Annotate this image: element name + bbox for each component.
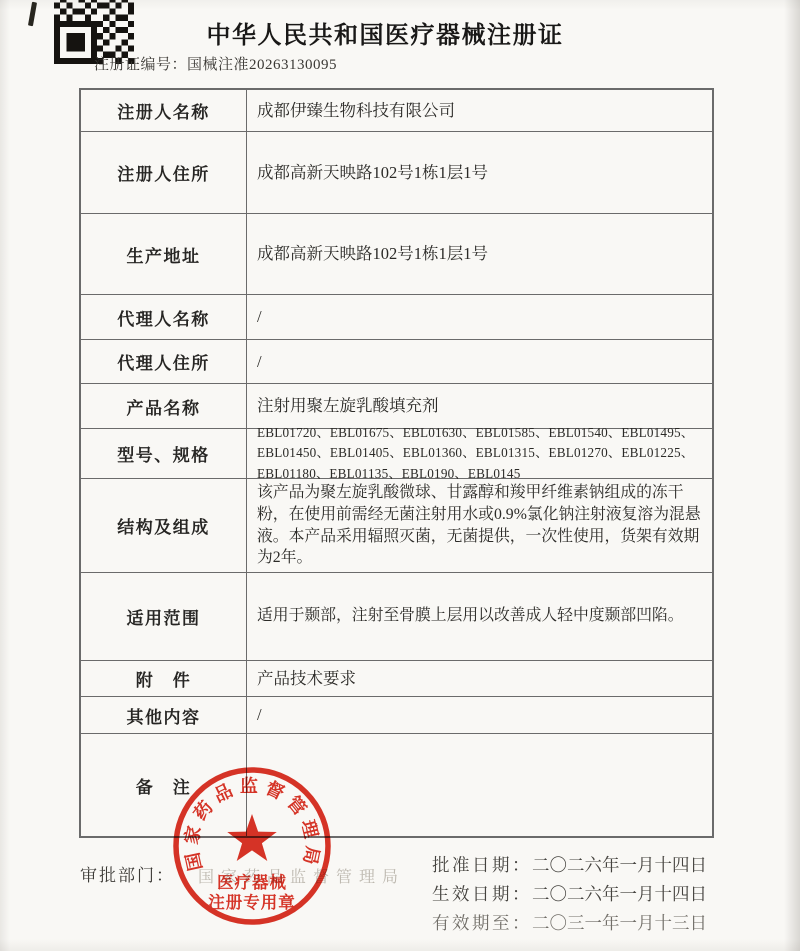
row-value: 成都高新天映路102号1栋1层1号 bbox=[247, 132, 712, 213]
row-label: 产品名称 bbox=[81, 384, 247, 428]
expiry-date-line: 有效期至：二〇三一年一月十三日 bbox=[432, 909, 707, 938]
page-title: 中华人民共和国医疗器械注册证 bbox=[0, 15, 770, 50]
row-value: 注射用聚左旋乳酸填充剂 bbox=[247, 384, 712, 428]
expiry-date-label: 有效期至： bbox=[432, 913, 532, 933]
seal-caption-line2: 注册专用章 bbox=[208, 892, 296, 912]
row-label: 代理人住所 bbox=[81, 340, 247, 383]
table-row-product-name: 产品名称 注射用聚左旋乳酸填充剂 bbox=[81, 383, 712, 428]
row-value: 成都伊臻生物科技有限公司 bbox=[247, 90, 712, 131]
row-label: 注册人住所 bbox=[81, 132, 247, 213]
row-value: / bbox=[247, 295, 712, 339]
approval-date-label: 批准日期： bbox=[432, 855, 532, 875]
table-row-attachment: 附 件 产品技术要求 bbox=[81, 660, 712, 696]
table-row-agent-name: 代理人名称 / bbox=[81, 294, 712, 339]
table-row-registrant-name: 注册人名称 成都伊臻生物科技有限公司 bbox=[81, 90, 712, 131]
row-value: EBL01720、EBL01675、EBL01630、EBL01585、EBL0… bbox=[247, 429, 712, 478]
row-value: 适用于颞部，注射至骨膜上层用以改善成人轻中度颞部凹陷。 bbox=[247, 573, 712, 660]
cert-number-value: 国械注准20263130095 bbox=[187, 57, 337, 73]
row-label: 注册人名称 bbox=[81, 90, 247, 131]
row-label: 型号、规格 bbox=[81, 429, 247, 478]
approval-dept-label: 审批部门： bbox=[80, 861, 175, 886]
table-row-structure-composition: 结构及组成 该产品为聚左旋乳酸微球、甘露醇和羧甲纤维素钠组成的冻干粉，在使用前需… bbox=[81, 478, 712, 572]
table-row-production-address: 生产地址 成都高新天映路102号1栋1层1号 bbox=[81, 213, 712, 294]
row-value: 成都高新天映路102号1栋1层1号 bbox=[247, 214, 712, 294]
seal-caption-line1: 医疗器械 bbox=[217, 872, 287, 892]
effective-date-line: 生效日期：二〇二六年一月十四日 bbox=[432, 880, 707, 909]
row-label: 其他内容 bbox=[81, 697, 247, 733]
table-row-registrant-address: 注册人住所 成都高新天映路102号1栋1层1号 bbox=[81, 131, 712, 213]
approval-date-value: 二〇二六年一月十四日 bbox=[532, 855, 707, 875]
effective-date-value: 二〇二六年一月十四日 bbox=[532, 884, 707, 904]
official-seal: 国家药品监督管理局 医疗器械 注册专用章 bbox=[167, 761, 337, 931]
row-label: 适用范围 bbox=[81, 573, 247, 660]
cert-number-label: 注册证编号： bbox=[94, 57, 187, 73]
cert-number: 注册证编号：国械注准20263130095 bbox=[94, 53, 337, 74]
table-row-other-content: 其他内容 / bbox=[81, 696, 712, 733]
row-label: 代理人名称 bbox=[81, 295, 247, 339]
effective-date-label: 生效日期： bbox=[432, 884, 532, 904]
row-label: 生产地址 bbox=[81, 214, 247, 294]
table-row-agent-address: 代理人住所 / bbox=[81, 339, 712, 383]
dates-block: 批准日期：二〇二六年一月十四日 生效日期：二〇二六年一月十四日 有效期至：二〇三… bbox=[432, 851, 707, 938]
expiry-date-value: 二〇三一年一月十三日 bbox=[532, 913, 707, 933]
row-label: 结构及组成 bbox=[81, 479, 247, 572]
row-value: 产品技术要求 bbox=[247, 661, 712, 696]
approval-date-line: 批准日期：二〇二六年一月十四日 bbox=[432, 851, 707, 880]
row-value: / bbox=[247, 340, 712, 383]
row-value: / bbox=[247, 697, 712, 733]
row-label: 附 件 bbox=[81, 661, 247, 696]
row-value: 该产品为聚左旋乳酸微球、甘露醇和羧甲纤维素钠组成的冻干粉，在使用前需经无菌注射用… bbox=[247, 479, 712, 572]
table-row-intended-use: 适用范围 适用于颞部，注射至骨膜上层用以改善成人轻中度颞部凹陷。 bbox=[81, 572, 712, 660]
info-table: 注册人名称 成都伊臻生物科技有限公司 注册人住所 成都高新天映路102号1栋1层… bbox=[79, 88, 714, 838]
table-row-models-specs: 型号、规格 EBL01720、EBL01675、EBL01630、EBL0158… bbox=[81, 428, 712, 478]
certificate-page: 中华人民共和国医疗器械注册证 注册证编号：国械注准20263130095 注册人… bbox=[0, 0, 800, 951]
seal-star-icon bbox=[227, 814, 276, 861]
